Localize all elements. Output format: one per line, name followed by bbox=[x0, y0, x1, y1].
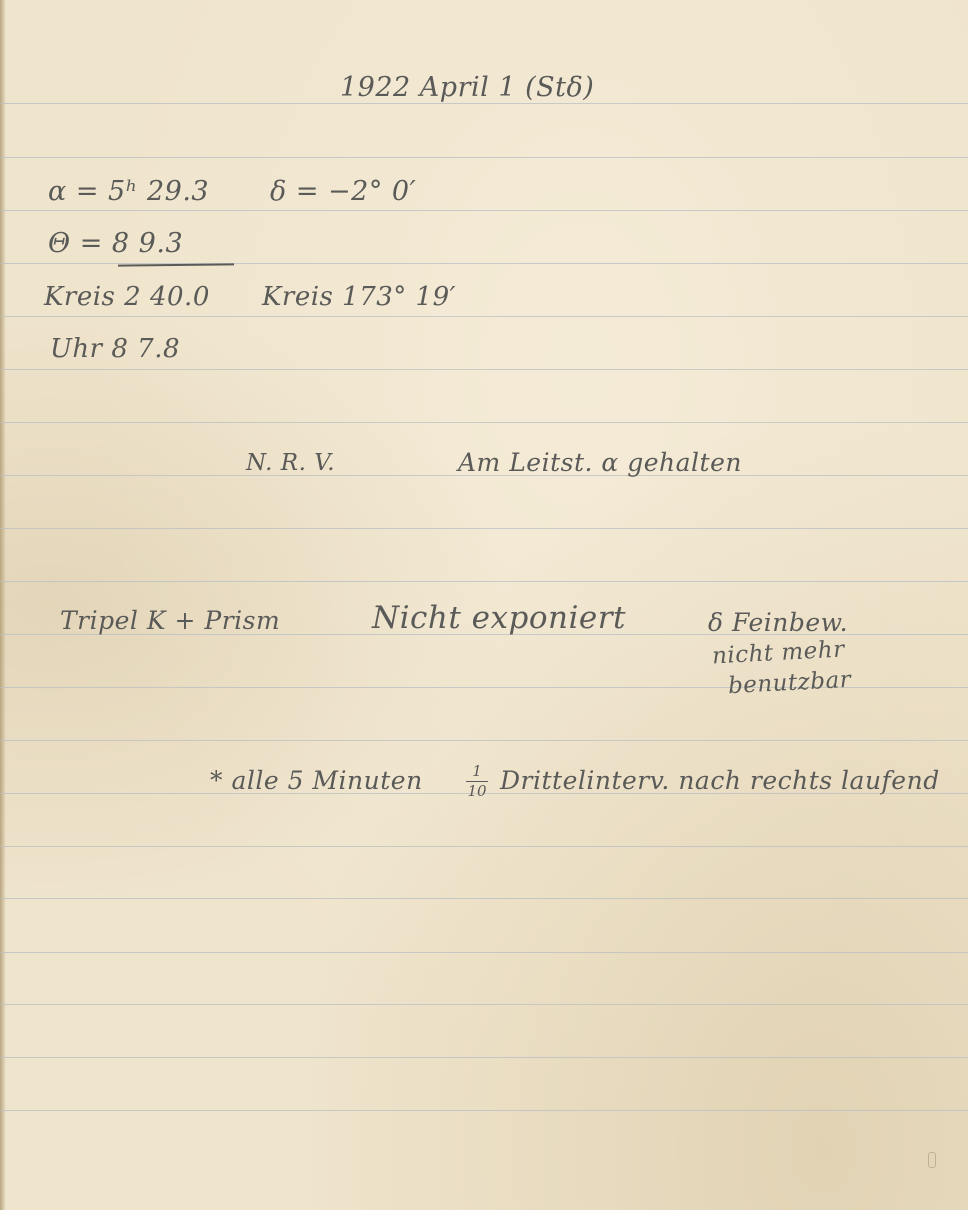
exposure-status: Nicht exponiert bbox=[372, 600, 626, 636]
guide-star-note: Am Leitst. α gehalten bbox=[458, 448, 742, 477]
side-note-line-2: nicht mehr bbox=[711, 637, 845, 670]
fraction-denominator: 10 bbox=[467, 782, 486, 800]
ruled-line bbox=[0, 1004, 968, 1005]
notebook-page: 1922 April 1 (Stδ) α = 5ʰ 29.3 δ = −2° 0… bbox=[0, 0, 968, 1210]
interval-note-prefix: * alle 5 Minuten bbox=[210, 766, 423, 795]
ruled-line bbox=[0, 581, 968, 582]
side-note-line-3: benutzbar bbox=[727, 667, 851, 699]
binding-edge bbox=[0, 0, 6, 1210]
ruled-line bbox=[0, 846, 968, 847]
right-ascension: α = 5ʰ 29.3 bbox=[48, 176, 209, 207]
sidereal-time: Θ = 8 9.3 bbox=[48, 228, 183, 259]
ruled-line bbox=[0, 740, 968, 741]
ruled-line bbox=[0, 316, 968, 317]
fraction-numerator: 1 bbox=[472, 762, 482, 780]
ruled-line bbox=[0, 952, 968, 953]
interval-fraction: 1 10 bbox=[466, 764, 488, 799]
ruled-line bbox=[0, 1057, 968, 1058]
ruled-line bbox=[0, 210, 968, 211]
instrument-note: Tripel K + Prism bbox=[60, 606, 280, 635]
nrv-note: N. R. V. bbox=[246, 450, 335, 476]
declination: δ = −2° 0′ bbox=[270, 176, 416, 207]
sum-underline bbox=[118, 263, 234, 266]
date-title: 1922 April 1 (Stδ) bbox=[340, 72, 594, 103]
side-note-line-1: δ Feinbew. bbox=[708, 608, 848, 637]
page-corner-mark bbox=[928, 1152, 936, 1168]
kreis-angle: Kreis 173° 19′ bbox=[262, 282, 456, 312]
ruled-line bbox=[0, 369, 968, 370]
ruled-line bbox=[0, 1110, 968, 1111]
kreis-time: Kreis 2 40.0 bbox=[44, 282, 210, 312]
interval-note-suffix: Drittelinterv. nach rechts laufend bbox=[500, 766, 940, 795]
ruled-line bbox=[0, 422, 968, 423]
ruled-line bbox=[0, 898, 968, 899]
ruled-line bbox=[0, 157, 968, 158]
clock-time: Uhr 8 7.8 bbox=[50, 334, 180, 364]
ruled-line bbox=[0, 103, 968, 104]
ruled-line bbox=[0, 528, 968, 529]
